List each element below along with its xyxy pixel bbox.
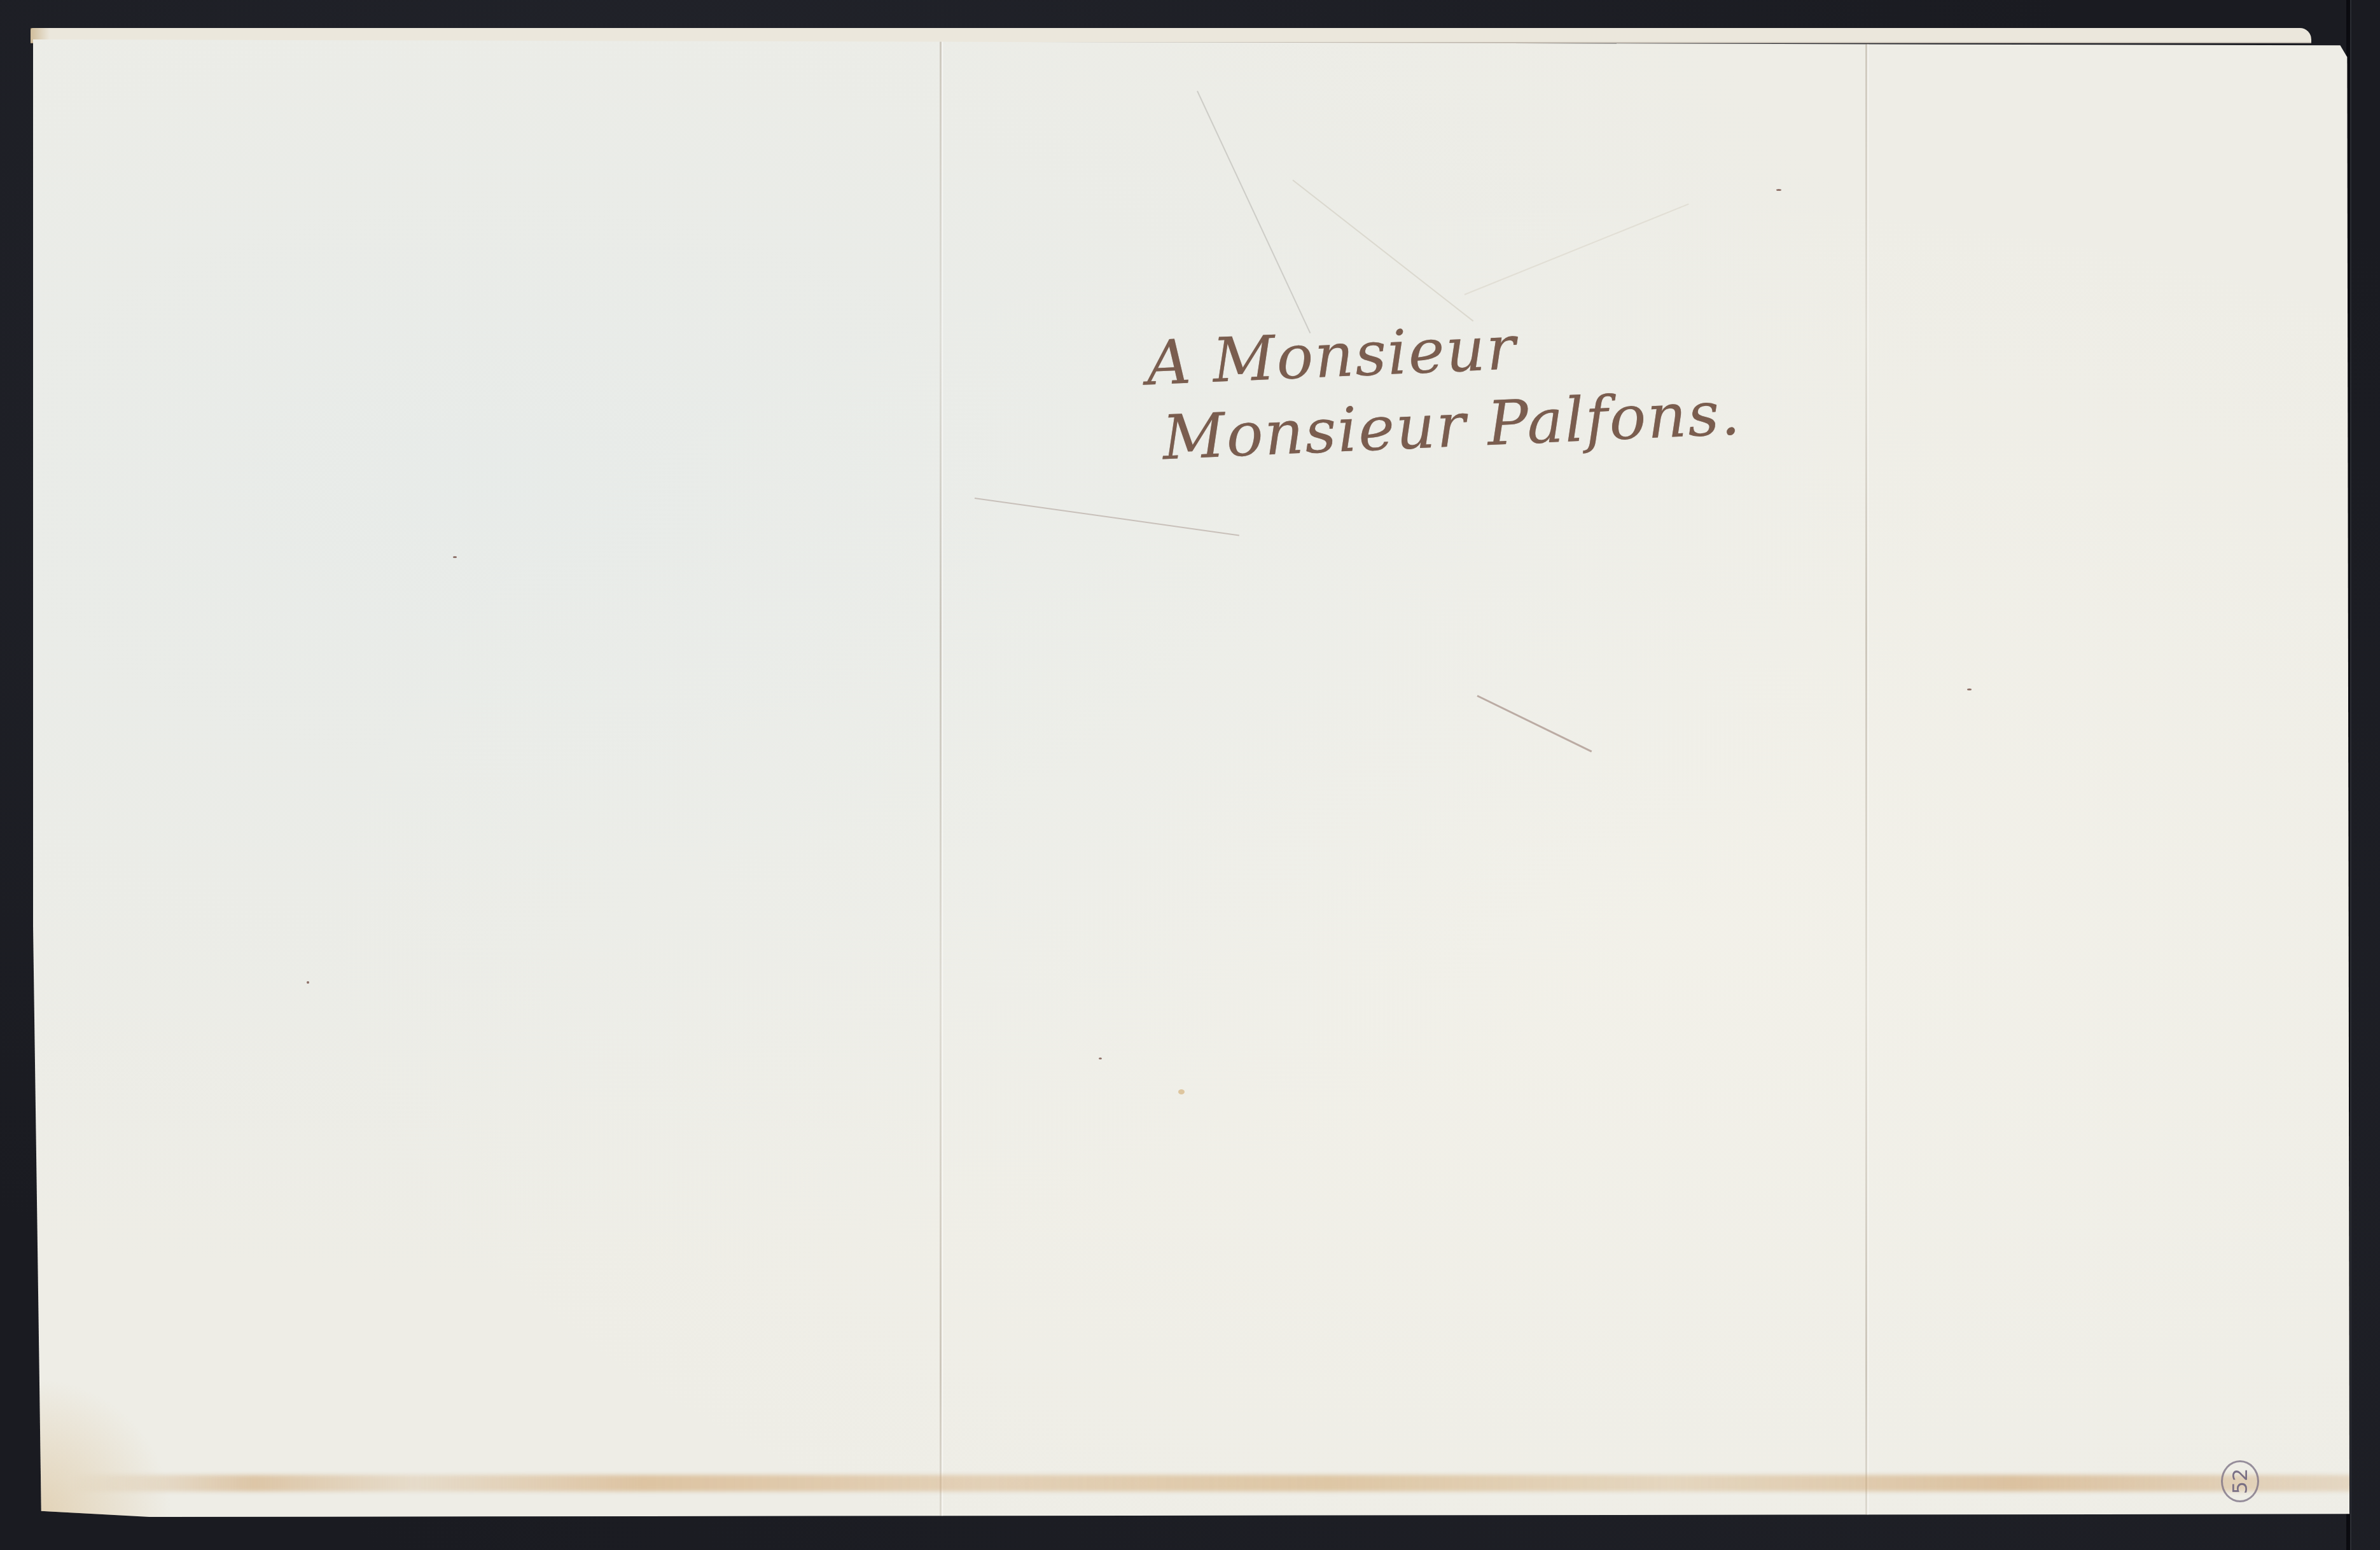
archive-stamp: 52 [2221,1460,2259,1502]
foxing-stain [71,1475,2356,1491]
crease [1477,695,1592,752]
ink-speck [307,981,309,984]
foxing-corner [33,1377,173,1517]
ink-speck [1967,688,1972,690]
fold-line-right [1865,39,1867,1517]
crease [1465,204,1689,295]
letter-paper [33,39,2356,1517]
ink-speck [1099,1058,1102,1059]
stamp-number: 52 [2228,1469,2252,1495]
crease [1292,179,1473,321]
ink-speck [1776,189,1781,191]
ink-speck [1178,1089,1185,1094]
handwritten-address: A Monsieur Monsieur Palfons. [1139,305,1743,473]
crease [1197,91,1311,333]
ink-speck [453,556,457,558]
fold-line-left [940,39,942,1517]
crease [975,498,1239,536]
